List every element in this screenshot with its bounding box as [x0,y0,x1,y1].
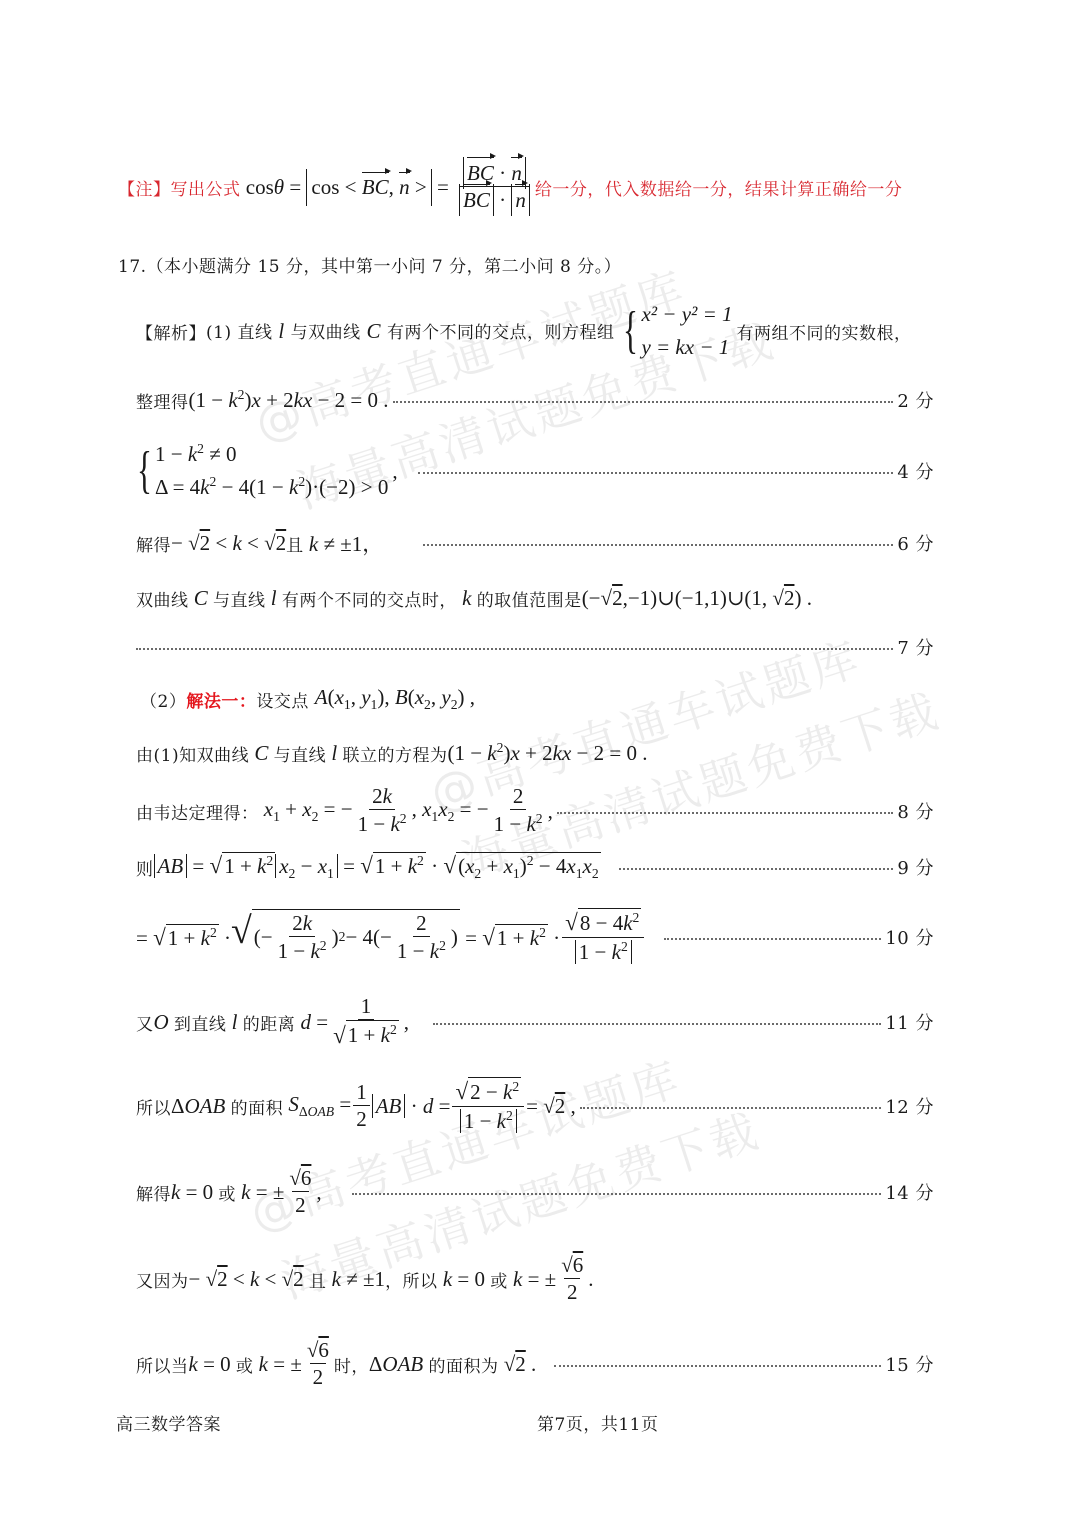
combined-equation: 由(1)知双曲线 C 与直线 l 联立的方程为 (1 − k2)x + 2kx … [136,740,934,766]
dotted-leader [423,544,893,546]
part2-intro: （2） 解法一： 设交点 A(x1, y1), B(x2, y2) , [140,685,934,713]
step-15pts: 所以当 k = 0 或 k = ± √62 时， ΔOAB 的面积为 √2 . … [136,1335,934,1393]
formula-cos-theta: cosθ = [241,175,307,200]
analysis-label: 【解析】 [136,319,206,344]
score: 10 分 [885,924,934,950]
step-10pts: = √1 + k2 · √(−2k1 − k2)2 − 4(−21 − k2) … [136,905,934,969]
dotted-leader [418,472,894,474]
score: 7 分 [897,634,934,660]
equation-system: { x² − y² = 1 y = kx − 1 [618,298,732,363]
step-9pts: 则 AB = √1 + k2x2 − x1 = √1 + k2 · √(x2 +… [136,852,934,882]
score: 8 分 [897,798,934,824]
score: 12 分 [885,1093,934,1119]
dotted-leader [619,868,894,870]
problem-header-text: 17.（本小题满分 15 分，其中第一小问 7 分，第二小问 8 分。） [118,252,621,277]
page-number: 第7页，共11页 [537,1410,658,1435]
step-8pts: 由韦达定理得： x1 + x2 = − 2k1 − k2 , x1x2 = − … [136,785,934,837]
score: 11 分 [885,1009,934,1035]
dotted-leader [664,938,881,940]
formula-abs-cos: cos < BC, n > [306,169,431,206]
step-7pts: 7 分 [136,634,934,660]
dotted-leader [557,812,893,814]
method-label: 解法一： [186,687,256,712]
formula-fraction: BC · n BC · n [456,160,533,215]
dotted-leader [352,1193,882,1195]
note-tail: 给一分，代入数据给一分，结果计算正确给一分 [535,175,903,200]
step-6pts: 解得 − √2 < k < √2 且 k ≠ ±1， 6 分 [136,528,934,558]
dotted-leader [393,401,894,403]
step-12pts: 所以 ΔOAB 的面积 SΔOAB = 12 AB · d = √2 − k21… [136,1075,934,1137]
constraint-check: 又因为 − √2 < k < √2 且 k ≠ ±1 ，所以 k = 0 或 k… [136,1250,934,1308]
part1-intro-tail: 有两组不同的实数根， [737,319,912,344]
score: 15 分 [885,1351,934,1377]
step-2pts: 整理得 (1 − k2)x + 2kx − 2 = 0 . 2 分 [136,387,934,413]
score: 4 分 [897,458,934,484]
problem-header: 17.（本小题满分 15 分，其中第一小问 7 分，第二小问 8 分。） [118,252,934,277]
note-prefix: 【注】 [118,175,171,200]
note-lead: 写出公式 [171,175,241,200]
part1-intro: 【解析】 (1) 直线 l 与双曲线 C 有两个不同的交点，则方程组 { x² … [136,300,934,362]
dotted-leader [554,1365,881,1367]
dotted-leader [580,1107,882,1109]
score: 2 分 [897,387,934,413]
grading-note: 【注】 写出公式 cosθ = cos < BC, n > = BC · n B… [118,145,934,230]
score: 14 分 [885,1179,934,1205]
step-4pts: { 1 − k2 ≠ 0 Δ = 4k2 − 4(1 − k2)·(−2) > … [136,440,934,502]
range-statement: 双曲线 C 与直线 l 有两个不同的交点时， k 的取值范围是 (−√2,−1)… [136,586,934,611]
footer-title: 高三数学答案 [116,1410,221,1435]
step-14pts: 解得 k = 0 或 k = ± √62 , 14 分 [136,1163,934,1221]
dotted-leader [136,648,893,650]
score: 6 分 [897,530,934,556]
step-11pts: 又 O 到直线 l 的距离 d = 1√1 + k2 , 11 分 [136,993,934,1051]
part1-intro-text: (1) 直线 l 与双曲线 C 有两个不同的交点，则方程组 [206,318,614,344]
dotted-leader [433,1023,881,1025]
inequality-system: { 1 − k2 ≠ 0 Δ = 4k2 − 4(1 − k2)·(−2) > … [132,438,388,503]
score: 9 分 [897,854,934,880]
